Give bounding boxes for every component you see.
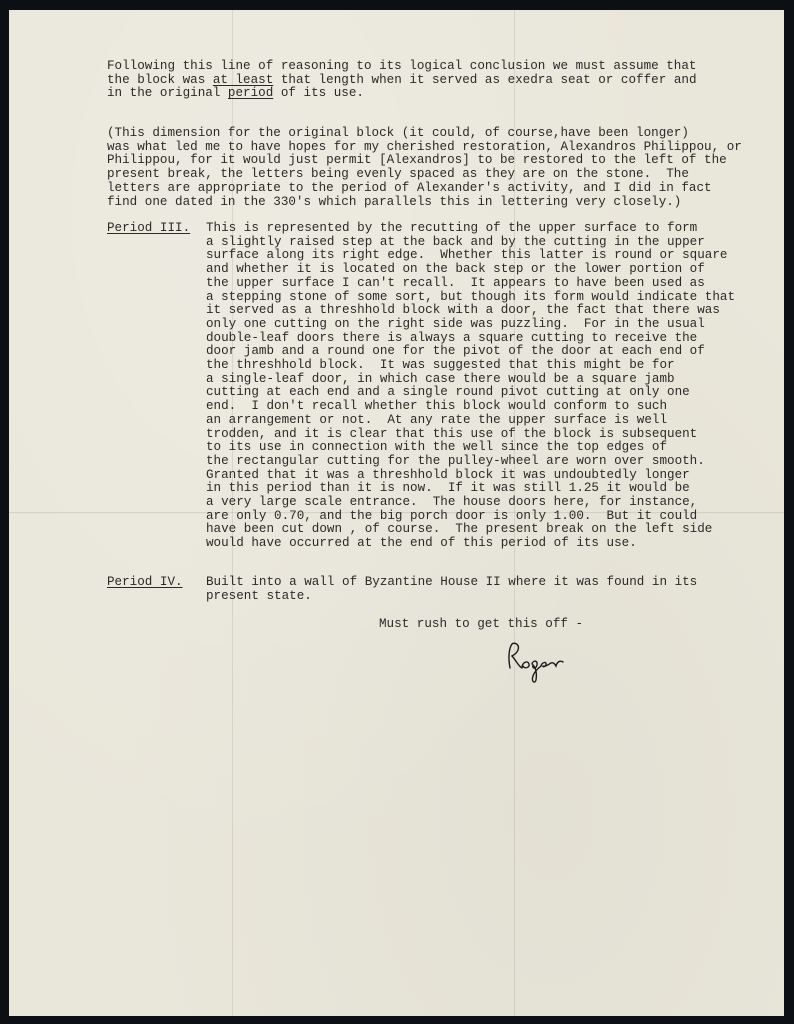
text-line: trodden, and it is clear that this use o… — [206, 427, 697, 441]
text-line: the rectangular cutting for the pulley-w… — [206, 454, 705, 468]
text-line: was what led me to have hopes for my che… — [107, 140, 742, 154]
text-line: Granted that it was a threshhold block i… — [206, 468, 690, 482]
closing-line: Must rush to get this off - — [379, 618, 583, 632]
underlined-phrase: period — [228, 86, 273, 100]
period-iii-description: This is represented by the recutting of … — [206, 222, 735, 551]
text-line: surface along its right edge. Whether th… — [206, 248, 727, 262]
text-line: only one cutting on the right side was p… — [206, 317, 705, 331]
text-line: This is represented by the recutting of … — [206, 221, 697, 235]
text-line: Following this line of reasoning to its … — [107, 59, 696, 73]
text-line: double-leaf doors there is always a squa… — [206, 331, 697, 345]
text-line: end. I don't recall whether this block w… — [206, 399, 667, 413]
text-line: an arrangement or not. At any rate the u… — [206, 413, 667, 427]
text-line: find one dated in the 330's which parall… — [107, 195, 681, 209]
text-line: a very large scale entrance. The house d… — [206, 495, 697, 509]
text-line: it served as a threshhold block with a d… — [206, 303, 720, 317]
text-line: Built into a wall of Byzantine House II … — [206, 575, 697, 589]
text-line: the threshhold block. It was suggested t… — [206, 358, 675, 372]
text-line: letters are appropriate to the period of… — [107, 181, 712, 195]
text-line: in the original period of its use. — [107, 86, 364, 100]
handwritten-signature — [500, 638, 570, 688]
text-line: Philippou, for it would just permit [Ale… — [107, 153, 727, 167]
paragraph-reasoning: Following this line of reasoning to its … — [107, 60, 697, 101]
text-line: in this period than it is now. If it was… — [206, 481, 690, 495]
underlined-phrase: at least — [213, 73, 273, 87]
text-line: and whether it is located on the back st… — [206, 262, 705, 276]
signature-icon — [500, 638, 570, 688]
text-line: the upper surface I can't recall. It app… — [206, 276, 705, 290]
text-line: a single-leaf door, in which case there … — [206, 372, 675, 386]
text-line: to its use in connection with the well s… — [206, 440, 667, 454]
text-line: would have occurred at the end of this p… — [206, 536, 637, 550]
text-line: a slightly raised step at the back and b… — [206, 235, 705, 249]
period-iv-description: Built into a wall of Byzantine House II … — [206, 576, 697, 603]
text-line: have been cut down , of course. The pres… — [206, 522, 712, 536]
text-line: cutting at each end and a single round p… — [206, 385, 690, 399]
text-line: (This dimension for the original block (… — [107, 126, 689, 140]
text-line: the block was at least that length when … — [107, 73, 697, 87]
period-label: Period IV. — [107, 576, 183, 590]
text-line: present break, the letters being evenly … — [107, 167, 689, 181]
text-line: door jamb and a round one for the pivot … — [206, 344, 705, 358]
text-line: present state. — [206, 589, 312, 603]
text-line: are only 0.70, and the big porch door is… — [206, 509, 697, 523]
paragraph-dimension-note: (This dimension for the original block (… — [107, 127, 742, 209]
period-label: Period III. — [107, 222, 190, 236]
text-line: a stepping stone of some sort, but thoug… — [206, 290, 735, 304]
